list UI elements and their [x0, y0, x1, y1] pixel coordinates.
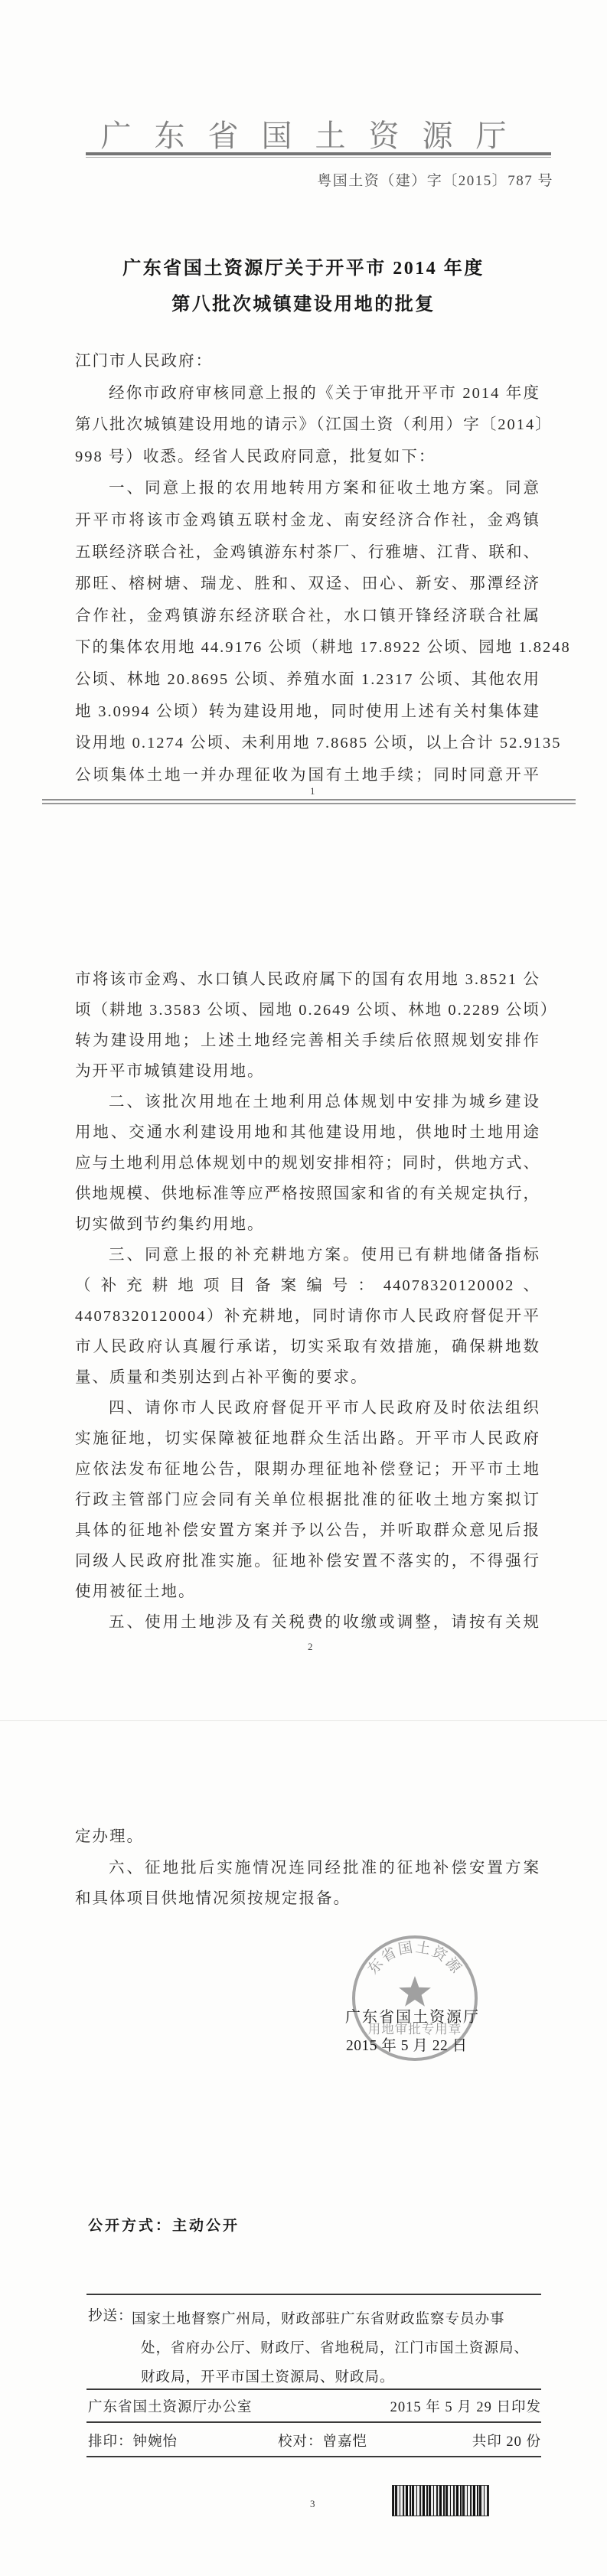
body-line: 下的集体农用地 44.9176 公顷（耕地 17.8922 公顷、园地 1.82…	[75, 632, 540, 664]
signature-date: 2015 年 5 月 22 日	[346, 2033, 478, 2055]
body-line: 江门市人民政府：	[75, 346, 540, 378]
seal-star-icon	[399, 1976, 431, 2007]
body-line: 四、请你市人民政府督促开平市人民政府及时依法组织	[75, 1393, 540, 1423]
body-line: 实施征地，切实保障被征地群众生活出路。开平市人民政府	[75, 1423, 540, 1454]
print-date: 2015 年 5 月 29 日印发	[390, 2396, 541, 2416]
body-line: 998 号）收悉。经省人民政府同意，批复如下：	[75, 442, 540, 474]
body-line: 市将该市金鸡、水口镇人民政府属下的国有农用地 3.8521 公	[75, 964, 540, 995]
body-line: 合作社，金鸡镇游东经济联合社，水口镇开锋经济联合社属	[75, 601, 540, 633]
letterhead-divider	[86, 152, 551, 158]
scanned-document: 广东省国土资源厅 粤国土资（建）字〔2015〕787 号 广东省国土资源厅关于开…	[0, 0, 607, 2576]
body-line: 一、同意上报的农用地转用方案和征收土地方案。同意	[75, 473, 540, 505]
body-line: 供地规模、供地标准等应严格按照国家和省的有关规定执行，	[75, 1179, 540, 1209]
body-line: 44078320120004）补充耕地，同时请你市人民政府督促开平	[75, 1301, 540, 1332]
body-line: 国家土地督察广州局，财政部驻广东省财政监察专员办事	[132, 2305, 542, 2334]
signature-agency: 广东省国土资源厅	[345, 2004, 483, 2027]
body-line: 具体的征地补偿安置方案并予以公告，并听取群众意见后报	[75, 1515, 540, 1546]
colophon-rule-top	[86, 2294, 541, 2295]
body-line: 同级人民政府批准实施。征地补偿安置不落实的，不得强行	[75, 1546, 540, 1577]
body-line: 地 3.0994 公顷）转为建设用地，同时使用上述有关村集体建	[75, 696, 540, 729]
issuing-office: 广东省国土资源厅办公室	[88, 2396, 253, 2416]
body-line: 三、同意上报的补充耕地方案。使用已有耕地储备指标	[75, 1240, 540, 1270]
issuing-office-row: 广东省国土资源厅办公室 2015 年 5 月 29 日印发	[88, 2396, 541, 2416]
body-line: 第八批次城镇建设用地的请示》（江国土资（利用）字〔2014〕	[75, 409, 540, 442]
body-line: 五联经济联合社，金鸡镇游东村茶厂、行雅塘、江背、联和、	[75, 537, 540, 569]
body-line: 切实做到节约集约用地。	[75, 1209, 540, 1240]
body-line: 定办理。	[75, 1821, 540, 1853]
copies-count: 共印 20 份	[472, 2431, 541, 2450]
cc-list: 国家土地督察广州局，财政部驻广东省财政监察专员办事处，省府办公厅、财政厅、省地税…	[132, 2305, 542, 2392]
cc-label: 抄送：	[88, 2305, 133, 2325]
barcode	[393, 2486, 488, 2516]
body-line: 用地、交通水利建设用地和其他建设用地，供地时土地用途	[75, 1117, 540, 1148]
disclosure-method: 公开方式：主动公开	[88, 2214, 240, 2235]
body-line: 行政主管部门应会同有关单位根据批准的征收土地方案拟订	[75, 1485, 540, 1515]
body-line: 六、征地批后实施情况连同经批准的征地补偿安置方案	[75, 1853, 540, 1884]
body-text-page2: 市将该市金鸡、水口镇人民政府属下的国有农用地 3.8521 公顷（耕地 3.35…	[75, 964, 540, 1638]
page-number-3: 3	[310, 2498, 315, 2510]
body-line: （补充耕地项目备案编号：44078320120002、	[75, 1270, 540, 1301]
body-line: 开平市将该市金鸡镇五联村金龙、南安经济合作社，金鸡镇	[75, 505, 540, 537]
colophon-rule-bottom	[86, 2456, 541, 2457]
body-line: 市人民政府认真履行承诺，切实采取有效措施，确保耕地数	[75, 1332, 540, 1362]
body-line: 二、该批次用地在土地利用总体规划中安排为城乡建设	[75, 1087, 540, 1117]
body-line: 应与土地利用总体规划中的规划安排相符；同时，供地方式、	[75, 1148, 540, 1179]
colophon-rule-middle1	[86, 2389, 541, 2390]
body-line: 使用被征土地。	[75, 1577, 540, 1607]
page-edge-separator-2	[0, 1720, 607, 1721]
proofreader: 校对：曾嘉恺	[278, 2431, 367, 2450]
body-line: 五、使用土地涉及有关税费的收缴或调整，请按有关规	[75, 1607, 540, 1638]
document-title-line2: 第八批次城镇建设用地的批复	[0, 289, 607, 315]
body-line: 那旺、榕树塘、瑞龙、胜和、双迳、田心、新安、那潭经济	[75, 569, 540, 601]
document-title-line1: 广东省国土资源厅关于开平市 2014 年度	[0, 253, 607, 279]
body-line: 转为建设用地；上述土地经完善相关手续后依照规划安排作	[75, 1026, 540, 1056]
body-line: 公顷、林地 20.8695 公顷、养殖水面 1.2317 公顷、其他农用	[75, 664, 540, 696]
body-line: 应依法发布征地公告，限期办理征地补偿登记；开平市土地	[75, 1454, 540, 1485]
body-line: 顷（耕地 3.3583 公顷、园地 0.2649 公顷、林地 0.2289 公顷…	[75, 995, 540, 1026]
body-line: 和具体项目供地情况须按规定报备。	[75, 1883, 540, 1915]
body-line: 公顷集体土地一并办理征收为国有土地手续；同时同意开平	[75, 760, 540, 792]
body-line: 处，省府办公厅、财政厅、省地税局，江门市国土资源局、	[132, 2334, 542, 2363]
page-number-2: 2	[308, 1641, 313, 1653]
page-number-1: 1	[310, 785, 315, 797]
agency-letterhead: 广东省国土资源厅	[0, 112, 607, 155]
body-line: 为开平市城镇建设用地。	[75, 1056, 540, 1087]
document-number: 粤国土资（建）字〔2015〕787 号	[0, 169, 553, 190]
body-text-page1: 江门市人民政府：经你市政府审核同意上报的《关于审批开平市 2014 年度第八批次…	[75, 346, 540, 791]
body-line: 设用地 0.1274 公顷、未利用地 7.8685 公顷，以上合计 52.913…	[75, 728, 540, 760]
body-line: 量、质量和类别达到占补平衡的要求。	[75, 1362, 540, 1393]
body-text-page3: 定办理。六、征地批后实施情况连同经批准的征地补偿安置方案和具体项目供地情况须按规…	[75, 1821, 540, 1915]
typesetter: 排印：钟婉怡	[88, 2434, 178, 2450]
page-edge-separator-1	[42, 799, 576, 804]
colophon-rule-middle2	[86, 2421, 541, 2423]
body-line: 经你市政府审核同意上报的《关于审批开平市 2014 年度	[75, 378, 540, 410]
print-info-row: 排印：钟婉怡 校对：曾嘉恺 共印 20 份	[88, 2431, 541, 2450]
